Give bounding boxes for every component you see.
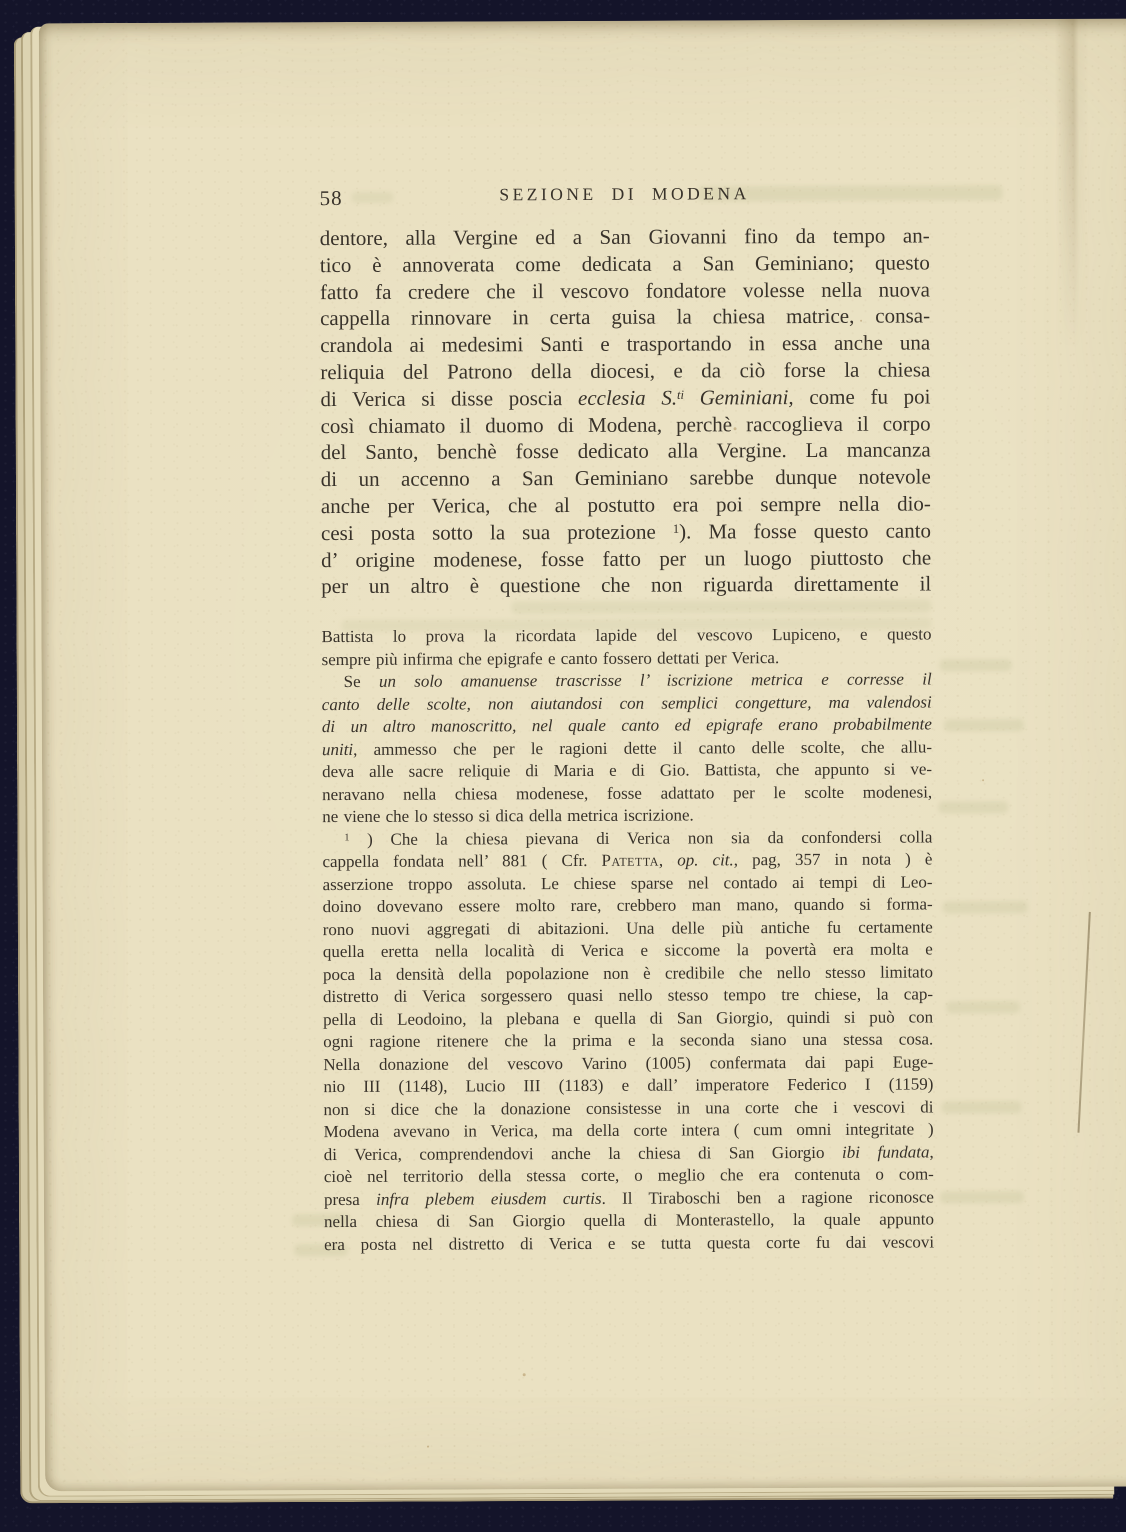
text-segment: di un altro manoscritto, nel quale canto… [322,714,932,736]
text-segment: d’ origine modenese, fosse fatto per un … [321,545,931,572]
text-line: di un accenno a San Geminiano sarebbe du… [321,464,931,493]
photo-background: 58 SEZIONE DI MODENA dentore, alla Vergi… [0,0,1126,1532]
scan-artifact-hair [1077,912,1090,1133]
text-segment: deva alle sacre reliquie di Maria e di G… [322,759,932,781]
text-segment: ne viene che lo stesso si dica della met… [322,805,694,826]
text-line: presa infra plebem eiusdem curtis. Il Ti… [324,1186,934,1211]
text-segment: presa [324,1189,376,1208]
text-line: sempre più infirma che epigrafe e canto … [322,646,932,671]
text-segment: reliquia del Patrono della diocesi, e da… [320,357,930,384]
text-segment: , [929,1142,933,1161]
text-segment: di Verica, comprendendovi anche la chies… [324,1142,842,1163]
text-segment: Battista lo prova la ricordata lapide de… [321,624,931,646]
text-segment: quella eretta nella località di Verica e… [323,939,933,961]
text-line: neravano nella chiesa modenese, fosse ad… [322,781,932,806]
main-text: dentore, alla Vergine ed a San Giovanni … [320,222,932,600]
text-segment: del Santo, benchè fosse dedicato alla Ve… [321,438,931,465]
text-segment: doino dovevano essere molto rare, crebbe… [323,894,933,916]
text-segment: infra plebem eiusdem curtis [376,1188,602,1208]
text-line: deva alle sacre reliquie di Maria e di G… [322,758,932,783]
foxing-spot [523,1373,526,1376]
text-segment: ogni ragione ritenere che la prima e la … [323,1029,933,1051]
text-line: asserzione troppo assoluta. Le chiese sp… [322,871,932,896]
text-segment: Geminiani, [684,385,794,409]
text-line: poca la densità della popolazione non è … [323,961,933,986]
text-segment: Modena avevano in Verica, ma della corte… [324,1119,934,1141]
text-line: del Santo, benchè fosse dedicato alla Ve… [321,437,931,466]
text-line: fatto fa credere che il vescovo fondator… [320,276,930,305]
text-line: di Verica si disse poscia ecclesia S.ti … [320,383,930,412]
bleedthrough-ghost [943,901,1028,913]
text-line: cappella rinnovare in certa guisa la chi… [320,303,930,332]
text-segment: , [659,851,677,870]
text-segment: era posta nel distretto di Verica e se t… [324,1232,934,1254]
text-line: Battista lo prova la ricordata lapide de… [321,623,931,648]
text-segment: , pag, 357 in nota ) è [734,849,933,869]
text-segment: ). Ma fosse questo canto [679,518,931,543]
text-segment: un solo amanuense trascrisse l’ iscrizio… [379,669,932,690]
text-line: doino dovevano essere molto rare, crebbe… [323,893,933,918]
text-line: tico è annoverata come dedicata a San Ge… [320,249,930,278]
text-segment: fatto fa credere che il vescovo fondator… [320,277,930,304]
text-segment: anche per Verica, che al postutto era po… [321,491,931,518]
text-line: nio III (1148), Lucio III (1183) e dall’… [323,1073,933,1098]
text-line: cappella fondata nell’ 881 ( Cfr. Patett… [322,848,932,873]
text-segment: di Verica si disse poscia [320,386,578,411]
running-title: SEZIONE DI MODENA [319,182,929,206]
foxing-spot [427,1446,429,1448]
text-line: crandola ai medesimi Santi e trasportand… [320,330,930,359]
text-segment: uniti [322,739,353,758]
text-line: canto delle scolte, non aiutandosi con s… [322,691,932,716]
text-segment: ti [677,388,684,402]
bleedthrough-ghost [946,1001,1020,1013]
bleedthrough-ghost [511,599,931,614]
text-segment: poca la densità della popolazione non è … [323,962,933,984]
text-segment: , ammesso che per le ragioni dette il ca… [353,737,932,759]
text-segment: non si dice che la donazione consistesse… [323,1097,933,1119]
text-line: uniti, ammesso che per le ragioni dette … [322,736,932,761]
text-line: era posta nel distretto di Verica e se t… [324,1231,934,1256]
text-line: Modena avevano in Verica, ma della corte… [324,1118,934,1143]
bleedthrough-ghost [940,659,1012,671]
text-line: cesi posta sotto la sua protezione 1). M… [321,517,931,546]
text-segment: canto delle scolte, non aiutandosi con s… [322,692,932,714]
text-segment: ibi fundata [842,1142,930,1161]
text-line: così chiamato il duomo di Modena, perchè… [320,410,930,439]
text-line: nella chiesa di San Giorgio quella di Mo… [324,1208,934,1233]
text-line: anche per Verica, che al postutto era po… [321,490,931,519]
text-segment: . Il Tiraboschi ben a ragione riconosce [601,1187,933,1207]
text-segment: come fu poi [794,384,931,409]
text-segment: op. cit. [677,850,734,869]
text-segment: cappella rinnovare in certa guisa la chi… [320,304,930,331]
text-segment: cesi posta sotto la sua protezione [321,519,673,545]
text-line: pella di Leodoino, la plebana e quella d… [323,1006,933,1031]
text-line: di Verica, comprendendovi anche la chies… [324,1141,934,1166]
text-line: 1 ) Che la chiesa pievana di Verica non … [322,826,932,851]
text-line: ne viene che lo stesso si dica della met… [322,803,932,828]
bleedthrough-ghost [938,801,1008,813]
text-line: distretto di Verica sorgessero quasi nel… [323,983,933,1008]
bleedthrough-ghost [941,1101,1021,1113]
text-segment: distretto di Verica sorgessero quasi nel… [323,984,933,1006]
page-header: 58 SEZIONE DI MODENA [319,182,929,211]
book: 58 SEZIONE DI MODENA dentore, alla Vergi… [13,15,1126,1504]
bleedthrough-ghost [940,1191,1024,1203]
footnotes: Battista lo prova la ricordata lapide de… [321,623,934,1256]
text-segment: ) Che la chiesa pievana di Verica non si… [349,827,932,849]
text-line: rono nuovi aggregati di abitazioni. Una … [323,916,933,941]
text-segment: tico è annoverata come dedicata a San Ge… [320,250,930,277]
text-segment: così chiamato il duomo di Modena, perchè… [320,411,930,438]
text-segment: Patetta [601,851,658,870]
text-segment: nella chiesa di San Giorgio quella di Mo… [324,1209,934,1231]
text-segment: cioè nel territorio della stessa corte, … [324,1164,934,1186]
text-line: ogni ragione ritenere che la prima e la … [323,1028,933,1053]
page-crease [1055,19,1090,349]
text-segment: pella di Leodoino, la plebana e quella d… [323,1007,933,1029]
text-segment: asserzione troppo assoluta. Le chiese sp… [323,872,933,894]
text-segment: cappella fondata nell’ 881 ( Cfr. [322,851,601,871]
text-segment: Nella donazione del vescovo Varino (1005… [323,1052,933,1074]
text-line: di un altro manoscritto, nel quale canto… [322,713,932,738]
text-segment: per un altro è questione che non riguard… [321,572,931,599]
text-segment: crandola ai medesimi Santi e trasportand… [320,331,930,358]
text-line: d’ origine modenese, fosse fatto per un … [321,544,931,573]
text-line: Nella donazione del vescovo Varino (1005… [323,1051,933,1076]
text-segment: rono nuovi aggregati di abitazioni. Una … [323,917,933,939]
text-line: Se un solo amanuense trascrisse l’ iscri… [322,668,932,693]
text-segment: dentore, alla Vergine ed a San Giovanni … [320,223,930,250]
text-segment: nio III (1148), Lucio III (1183) e dall’… [323,1074,933,1096]
text-segment: Se [344,672,379,691]
text-line: per un altro è questione che non riguard… [321,571,931,600]
text-segment: neravano nella chiesa modenese, fosse ad… [322,782,932,804]
text-segment: sempre più infirma che epigrafe e canto … [322,648,780,669]
foxing-spot [982,779,984,781]
book-page: 58 SEZIONE DI MODENA dentore, alla Vergi… [39,19,1126,1492]
text-segment: ecclesia S. [578,385,677,409]
bleedthrough-ghost [944,719,1024,731]
text-line: cioè nel territorio della stessa corte, … [324,1163,934,1188]
text-segment: di un accenno a San Geminiano sarebbe du… [321,465,931,492]
text-line: non si dice che la donazione consistesse… [323,1096,933,1121]
text-line: reliquia del Patrono della diocesi, e da… [320,356,930,385]
text-line: dentore, alla Vergine ed a San Giovanni … [320,222,930,251]
text-line: quella eretta nella località di Verica e… [323,938,933,963]
